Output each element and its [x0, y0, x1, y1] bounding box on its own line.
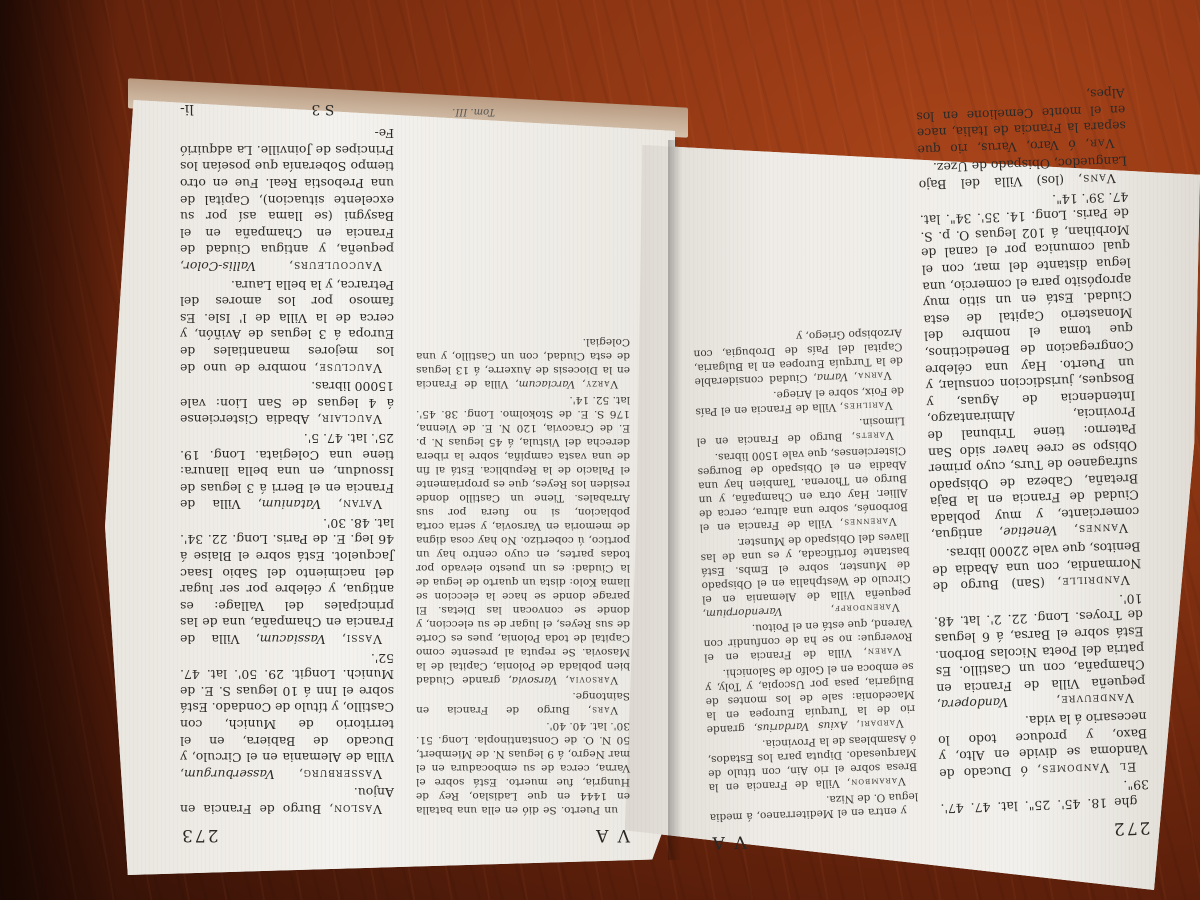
page-272-content: 272 V A ghe 18. 45'. 25". lat. 47. 47'. …	[689, 218, 1150, 853]
running-head-letters: V A	[594, 825, 630, 845]
entry-vannes: Vannes, Venetiae, antigua, comerciante, …	[919, 188, 1140, 544]
entry-varambon: Varambon, Villa de Francia en la Bresa s…	[707, 731, 918, 794]
entry-varennes: Varennes, Villa de Francia en el Borboné…	[697, 443, 909, 534]
page-273-content: V A 273 un Puerto. Se dió en ella una ba…	[180, 205, 630, 845]
signature-mark: S 3	[311, 101, 334, 117]
entry-varets: Varets, Burgo de Francia en el Limosin.	[696, 413, 906, 448]
entry-vauclair: Vauclair, Abadia Cisterciense á 4 leguas…	[180, 378, 394, 428]
entry-varen: Varen, Villa de Francia en el Rovergue: …	[703, 615, 913, 664]
column-1: un Puerto. Se dió en ella una batalla en…	[416, 123, 630, 817]
table-shadow	[0, 0, 120, 900]
column-1: ghe 18. 45'. 25". lat. 47. 47'. 39". El …	[915, 82, 1149, 816]
entry-vaslon: Vaslon, Burgo de Francia en Anjou.	[180, 784, 394, 817]
entry: y entra en el Mediterraneo, á media legu…	[709, 789, 919, 824]
entry-varilhes: Varilhes, Villa de Francia en el País de…	[695, 383, 905, 418]
column-2: Vaslon, Burgo de Francia en Anjou. Vasse…	[180, 123, 394, 817]
page-number: 272	[1112, 817, 1151, 838]
entry-vars: Vars, Burgo de Francia en Saintonge.	[416, 689, 630, 717]
entry-varendorpf: Varendorpf, Varendorpium, pequeña Villa …	[700, 529, 912, 620]
entry: un Puerto. Se dió en ella una batalla en…	[416, 719, 630, 817]
entry-vaucluse: Vaucluse, nombre de uno de los mejores m…	[180, 276, 394, 376]
entry-varsovia: Varsovia, Varsovia, grande Ciudad bien p…	[416, 393, 630, 687]
page-footer: Tom. III. S 3 li-	[180, 101, 630, 117]
entry-vans: Vans, (los) Villa del Bajo Languedoc, Ob…	[918, 152, 1128, 192]
entry-vatan: Vatan, Vatanium, Villa de Francia en el …	[180, 429, 394, 512]
running-head: V A 273	[180, 825, 630, 845]
entry: ghe 18. 45'. 25". lat. 47. 47'. 39".	[940, 776, 1150, 816]
catchword: li-	[180, 101, 194, 117]
column-2: y entra en el Mediterraneo, á media legu…	[685, 90, 919, 824]
volume-label: Tom. III.	[452, 101, 495, 117]
entry-vasserburg: Vasserburg, Vasserburgum, Villa de Alema…	[180, 649, 394, 782]
entry-vandeuvre: Vandeuvre, Vandopera, pequeña Villa de F…	[933, 590, 1146, 713]
entry-vandrille: Vandrille, (San) Burgo de Normandia, con…	[931, 538, 1142, 595]
page-number: 273	[180, 825, 218, 845]
entry-varzy: Varzy, Varciacum, Villa de Francia en la…	[416, 335, 630, 391]
entry-varna: Varna, Varna, Ciudad considerable de la …	[693, 326, 904, 389]
running-head-letters: V A	[710, 831, 747, 852]
entry-vaucouleurs: Vaucouleurs, Vallis-Color, pequeña, y an…	[180, 125, 394, 274]
book-gutter	[668, 140, 682, 860]
entry-vardari: Vardari, Axius Vardarius, grande rio de …	[704, 659, 915, 736]
entry-vassi: Vassi, Vassiacum, Villa de Francia en Ch…	[180, 514, 394, 647]
entry-var: Var, ó Varo, Varus, rio que separa la Fr…	[916, 84, 1127, 158]
entry-vandomes: El Vandomes, ó Ducado de Vandoma se divi…	[937, 708, 1148, 782]
